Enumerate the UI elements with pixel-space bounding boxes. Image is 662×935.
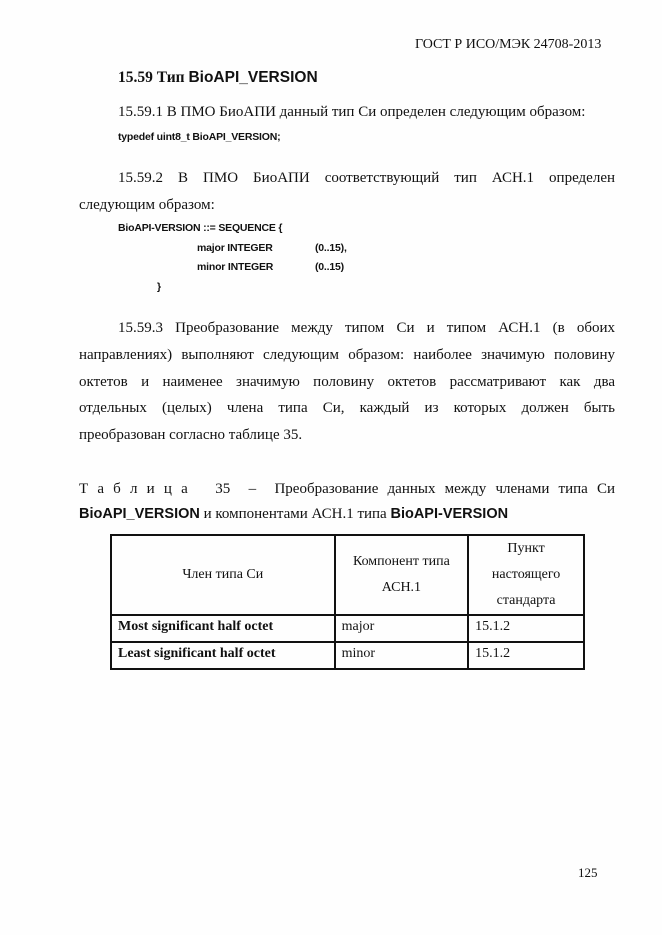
table-header-row: Член типа Си Компонент типа АСН.1 Пункт …	[111, 535, 584, 615]
paragraph-15-59-3-line-5: преобразован согласно таблице 35.	[79, 427, 302, 444]
cell-clause: 15.1.2	[468, 642, 584, 669]
paragraph-15-59-2-line-2: следующим образом:	[79, 197, 215, 214]
asn1-field-major-range: (0..15),	[315, 242, 347, 254]
asn1-code-line-1: BioAPI-VERSION ::= SEQUENCE {	[118, 222, 282, 234]
table-row: Least significant half octet minor 15.1.…	[111, 642, 584, 669]
cell-member: Least significant half octet	[111, 642, 335, 669]
table-row: Most significant half octet major 15.1.2	[111, 615, 584, 642]
section-title-type: BioAPI_VERSION	[188, 69, 317, 86]
paragraph-15-59-1: 15.59.1 В ПМО БиоАПИ данный тип Си опред…	[118, 104, 585, 121]
standard-code-header: ГОСТ Р ИСО/МЭК 24708-2013	[415, 37, 601, 53]
caption-type-asn1: BioAPI-VERSION	[390, 506, 508, 522]
cell-member: Most significant half octet	[111, 615, 335, 642]
cell-component: minor	[335, 642, 469, 669]
section-number: 15.59	[118, 69, 153, 86]
header-clause: Пункт настоящего стандарта	[468, 535, 584, 615]
page-number: 125	[578, 865, 598, 881]
header-c-member: Член типа Си	[111, 535, 335, 615]
paragraph-15-59-2-line-1: 15.59.2 В ПМО БиоАПИ соответствующий тип…	[79, 170, 615, 187]
section-title-prefix: Тип	[157, 69, 185, 86]
paragraph-15-59-3-line-4: отдельных (целых) члена типа Си, каждый …	[79, 400, 615, 417]
asn1-field-minor-name: minor INTEGER	[197, 261, 273, 273]
cell-component: major	[335, 615, 469, 642]
caption-mid-text: и компонентами АСН.1 типа	[200, 506, 391, 522]
header-asn1-component: Компонент типа АСН.1	[335, 535, 469, 615]
section-title: 15.59 Тип BioAPI_VERSION	[118, 69, 318, 87]
asn1-field-major-name: major INTEGER	[197, 242, 273, 254]
paragraph-15-59-3-line-1: 15.59.3 Преобразование между типом Си и …	[79, 320, 615, 337]
caption-type-c: BioAPI_VERSION	[79, 506, 200, 522]
paragraph-15-59-3-line-2: направлениях) выполняют следующим образо…	[79, 347, 615, 364]
table-caption-line-1: Т а б л и ц а 35 – Преобразование данных…	[79, 481, 615, 498]
table-35: Член типа Си Компонент типа АСН.1 Пункт …	[110, 534, 585, 670]
asn1-code-close: }	[157, 281, 161, 293]
table-caption-line-2: BioAPI_VERSION и компонентами АСН.1 типа…	[79, 506, 508, 523]
cell-clause: 15.1.2	[468, 615, 584, 642]
asn1-field-minor-range: (0..15)	[315, 261, 344, 273]
paragraph-15-59-3-line-3: октетов и наименее значимую половину окт…	[79, 374, 615, 391]
c-typedef-code: typedef uint8_t BioAPI_VERSION;	[118, 131, 280, 143]
